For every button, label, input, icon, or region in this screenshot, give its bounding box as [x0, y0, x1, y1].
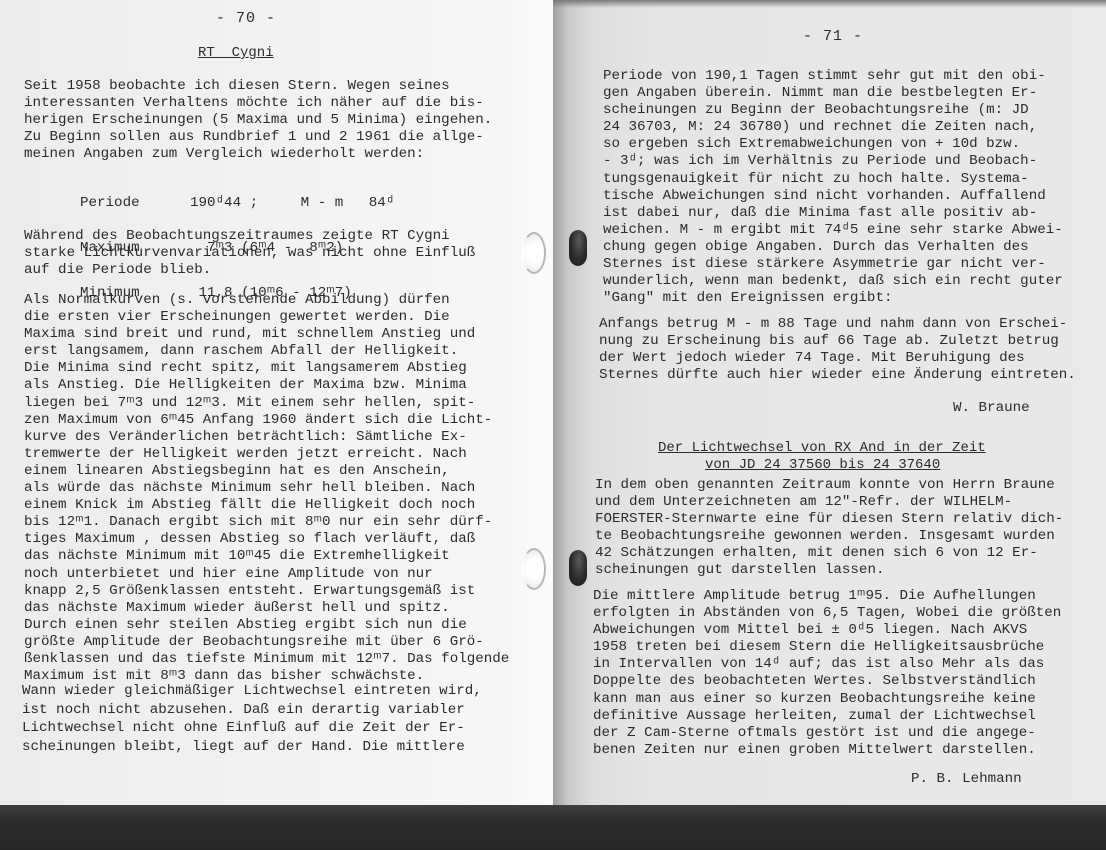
- scanner-shadow: [0, 805, 1106, 850]
- article-title-rt-cygni: RT Cygni: [198, 45, 274, 61]
- signature-lehmann: P. B. Lehmann: [911, 771, 1022, 787]
- right-page: - 71 - Periode von 190,1 Tagen stimmt se…: [553, 0, 1106, 810]
- paragraph-normal-curves: Als Normalkurven (s. vorstehende Abbildu…: [24, 292, 509, 685]
- binding-hole-icon: [522, 232, 546, 274]
- elements-row: Periode190ᵈ44 ; M - m 84ᵈ: [80, 196, 394, 211]
- paragraph-period: Periode von 190,1 Tagen stimmt sehr gut …: [603, 68, 1063, 307]
- elements-value: 190ᵈ44 ; M - m 84ᵈ: [190, 196, 394, 211]
- paragraph-mm-values: Anfangs betrug M - m 88 Tage und nahm da…: [599, 316, 1076, 384]
- binding-hole-icon: [569, 550, 587, 586]
- binding-hole-icon: [569, 230, 587, 266]
- paragraph-intro: Seit 1958 beobachte ich diesen Stern. We…: [24, 78, 492, 163]
- signature-braune: W. Braune: [953, 400, 1030, 416]
- article-title-rx-and-line2: von JD 24 37560 bis 24 37640: [705, 457, 940, 473]
- page-number-71: - 71 -: [803, 28, 863, 45]
- paragraph-conclusion: Wann wieder gleichmäßiger Lichtwechsel e…: [22, 682, 482, 756]
- paragraph-amplitude: Die mittlere Amplitude betrug 1ᵐ95. Die …: [593, 588, 1061, 759]
- binding-hole-icon: [522, 548, 546, 590]
- article-title-rx-and-line1: Der Lichtwechsel von RX And in der Zeit: [658, 440, 986, 456]
- paragraph-observations: In dem oben genannten Zeitraum konnte vo…: [595, 477, 1063, 580]
- page-number-70: - 70 -: [216, 10, 276, 27]
- left-page: - 70 - RT Cygni Seit 1958 beobachte ich …: [0, 0, 553, 805]
- paragraph-variations: Während des Beobachtungszeitraumes zeigt…: [24, 228, 475, 279]
- elements-label: Periode: [80, 196, 190, 211]
